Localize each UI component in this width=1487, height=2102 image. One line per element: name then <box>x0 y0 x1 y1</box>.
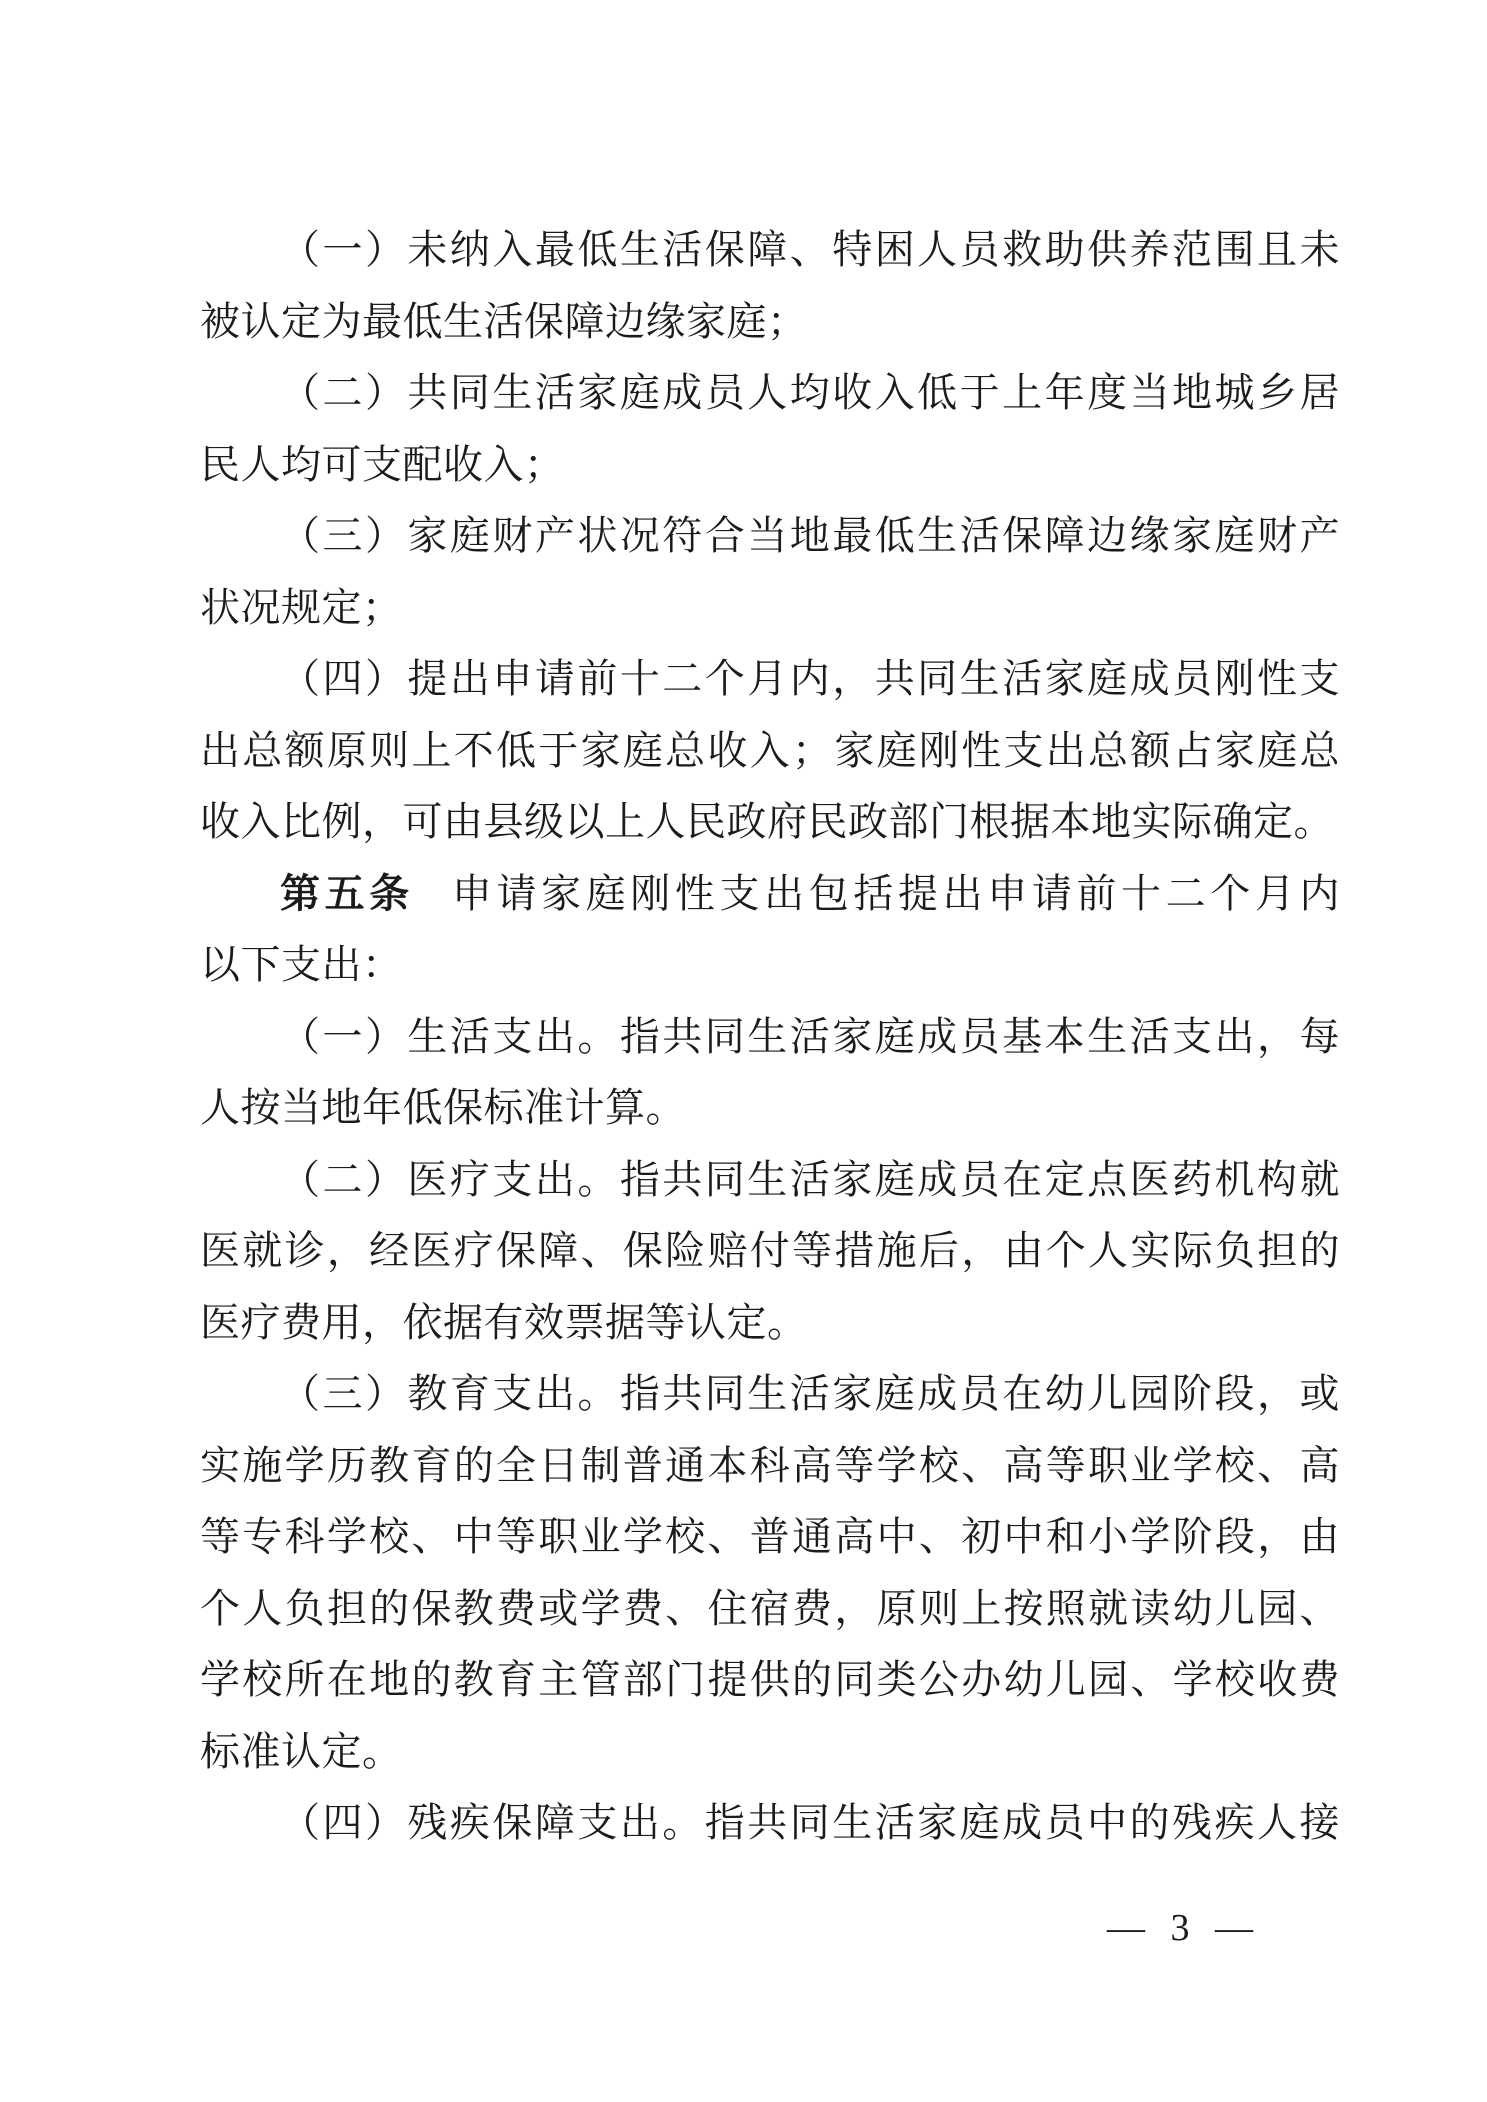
text-line: （二）共同生活家庭成员人均收入低于上年度当地城乡居 <box>200 357 1340 429</box>
text-line: 被认定为最低生活保障边缘家庭； <box>200 286 1340 358</box>
document-page: （一）未纳入最低生活保障、特困人员救助供养范围且未被认定为最低生活保障边缘家庭；… <box>0 0 1487 2102</box>
text-line: 民人均可支配收入； <box>200 429 1340 501</box>
text-line: （四）提出申请前十二个月内，共同生活家庭成员刚性支 <box>200 643 1340 715</box>
article-number-term: 第五条 <box>280 872 414 916</box>
text-line: 第五条申请家庭刚性支出包括提出申请前十二个月内 <box>200 858 1340 930</box>
text-line: 以下支出： <box>200 929 1340 1001</box>
text-line: 标准认定。 <box>200 1716 1340 1788</box>
text-line: 收入比例，可由县级以上人民政府民政部门根据本地实际确定。 <box>200 786 1340 858</box>
text-line: （二）医疗支出。指共同生活家庭成员在定点医药机构就 <box>200 1144 1340 1216</box>
text-line: 医就诊，经医疗保障、保险赔付等措施后，由个人实际负担的 <box>200 1215 1340 1287</box>
text-line: 状况规定； <box>200 572 1340 644</box>
page-number: — 3 — <box>1107 1903 1255 1953</box>
text-line: 实施学历教育的全日制普通本科高等学校、高等职业学校、高 <box>200 1430 1340 1502</box>
text-line: （三）家庭财产状况符合当地最低生活保障边缘家庭财产 <box>200 500 1340 572</box>
text-line: 出总额原则上不低于家庭总收入；家庭刚性支出总额占家庭总 <box>200 715 1340 787</box>
text-line: 人按当地年低保标准计算。 <box>200 1072 1340 1144</box>
line-text: 申请家庭刚性支出包括提出申请前十二个月内 <box>452 871 1340 916</box>
text-line: 学校所在地的教育主管部门提供的同类公办幼儿园、学校收费 <box>200 1644 1340 1716</box>
document-body: （一）未纳入最低生活保障、特困人员救助供养范围且未被认定为最低生活保障边缘家庭；… <box>200 214 1340 1859</box>
text-line: 医疗费用，依据有效票据等认定。 <box>200 1287 1340 1359</box>
text-line: （三）教育支出。指共同生活家庭成员在幼儿园阶段，或 <box>200 1358 1340 1430</box>
text-line: （四）残疾保障支出。指共同生活家庭成员中的残疾人接 <box>200 1787 1340 1859</box>
text-line: （一）生活支出。指共同生活家庭成员基本生活支出，每 <box>200 1001 1340 1073</box>
text-line: 个人负担的保教费或学费、住宿费，原则上按照就读幼儿园、 <box>200 1573 1340 1645</box>
text-line: （一）未纳入最低生活保障、特困人员救助供养范围且未 <box>200 214 1340 286</box>
text-line: 等专科学校、中等职业学校、普通高中、初中和小学阶段，由 <box>200 1501 1340 1573</box>
